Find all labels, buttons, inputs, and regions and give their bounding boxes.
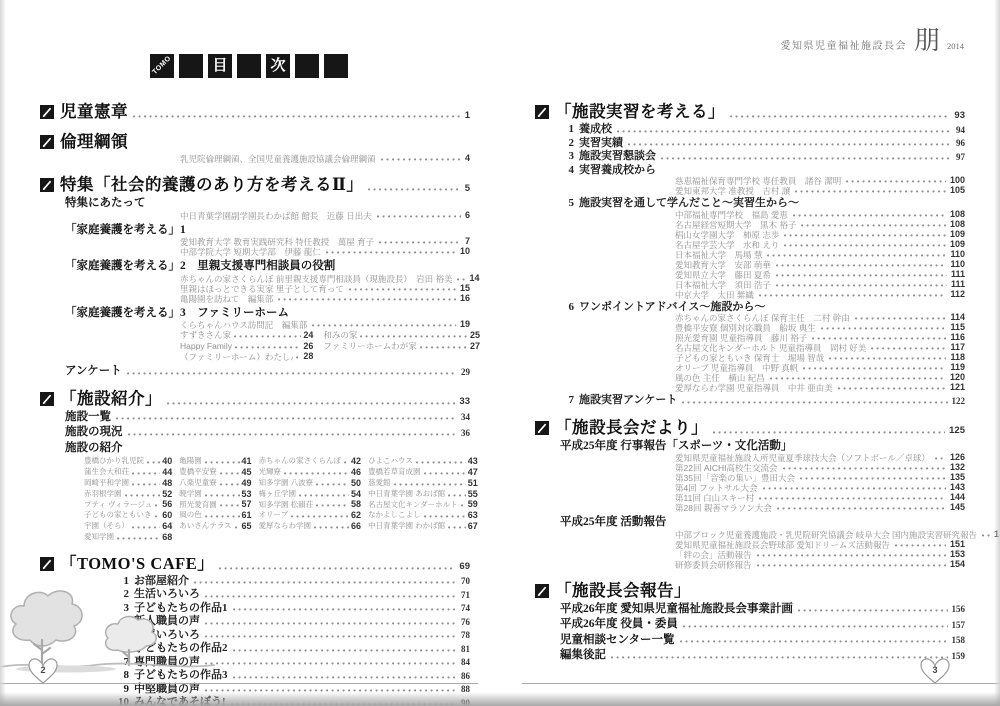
facility-entry: プティ ヴィラージュ 56 [84,500,172,511]
section-title: 倫理綱領 [60,132,128,151]
toc-entry: 愛知県児童福祉施設長会野球部 愛知ドリームズ活動報告 151 [675,540,965,550]
toc-list: 1 お部屋紹介 70 2 生活いろいろ 71 3 子どもたちの作品1 74 [40,576,470,706]
toc-list: 乳児院倫理綱領、全国児童養護施設協議会倫理綱領 4 [40,154,470,164]
toc-entry: 10 みんなであそぼう! 90 [116,697,470,706]
facility-entry: オリーブ 62 [259,510,362,521]
toc-entry: 4 新人職員の声 76 [116,616,470,628]
toc-entry: 日本福祉大学 馬場 慧 110 [675,250,965,260]
toc-entry: 風の色 主任 横山 紀昌 120 [675,373,965,383]
toc-entry: 名古屋学芸大学 水和 えり 109 [675,240,965,250]
tomo-ribbon-label: TOMO [151,55,173,77]
toc-entry: 照光愛育園 児童指導員 藤川 裕子 116 [675,333,965,343]
toc-entry: 赤ちゃんの家さくらんぼ 保育主任 二村 幹由 114 [675,313,965,323]
toc-entry: 里親はほっとできる実家 里子として育って 15 [180,284,470,294]
facility-list: 豊橋ひかり乳児院 40 亀陽園 41 赤ちゃんの家さくらんぼ 42 [84,456,470,542]
section-title: 「TOMO'S CAFE」 [60,554,214,573]
toc-entry: 第11回 白山スキー村 144 [675,493,965,503]
facility-entry: 赤羽根学園 52 [84,489,172,500]
toc-entry: 3 子どもたちの作品1 74 [116,603,470,615]
toc-entry: 豊橋平安寮 個別対応職員 船坂 典生 115 [675,323,965,333]
title-square-me: 目 [208,54,232,78]
facility-entry: 子どもの家ともいき 60 [84,510,172,521]
facility-entry: 梅ヶ丘学園 54 [259,489,362,500]
toc-entry: 6 子どもたちの作品2 81 [116,643,470,655]
title-square-solid [324,54,348,78]
facility-entry: 名古屋文化キンダーホルト 59 [368,500,478,511]
section-title: 「施設長会報告」 [555,581,691,600]
facility-entry: 慈愛館 51 [368,478,478,489]
pen-square-icon [40,135,54,149]
section-heading: 特集「社会的養護のあり方を考えるⅡ」 5 [40,175,470,194]
facility-entry: 岡崎平和学園 48 [84,478,172,489]
section-shisetsu-shokai: 「施設紹介」 33 施設一覧 34 施設の現況 36 [40,389,470,543]
section-title: 児童憲章 [60,102,128,121]
section-page: 1 [465,111,470,121]
toc-entry: 施設の紹介 [65,442,470,455]
section-jido-kensho: 児童憲章 1 [40,102,470,121]
toc-entry: 平成26年度 役員・委員 157 [560,618,965,631]
toc-entry: 「家庭養護を考える」3 ファミリーホーム [65,307,470,320]
toc-entry: 施設の現況 36 [65,426,470,439]
facility-entry: 愛知学園 68 [84,532,172,543]
title-square-solid [237,54,261,78]
pen-square-icon [535,105,549,119]
toc-entry: 児童相談センター一覧 158 [560,634,965,647]
facility-entry: 中日青葉学園 わかば館 67 [368,521,478,532]
family-home-entry: Happy Family 26 [180,341,313,352]
toc-entry: 名古屋経営短期大学 黒木 裕子 108 [675,220,965,230]
pen-square-icon [40,392,54,406]
toc-entry: 子どもの家ともいき 保育士 堀場 智哉 118 [675,353,965,363]
title-square-solid [295,54,319,78]
toc-list: 施設一覧 34 施設の現況 36 施設の紹介 [40,411,470,455]
toc-entry: オリーブ 児童指導員 中野 真帆 119 [675,363,965,373]
toc-entry: 7 専門職員の声 84 [116,657,470,669]
toc-entry: アンケート 29 [65,365,470,378]
section-page: 93 [954,111,965,121]
section-heading: 「施設実習を考える」 93 [535,102,965,121]
page-number-left: 2 [26,655,60,686]
facility-entry: あいさんテラス 65 [179,521,251,532]
toc-entry: 2 実習実績 96 [561,138,965,150]
toc-entry: 愛知県立大学 藤田 夏希 111 [675,270,965,280]
toc-entry: 5 食卓いろいろ 78 [116,630,470,642]
family-home-entry: ファミリーホームわが家 27 [323,341,480,352]
left-page: 児童憲章 1 倫理綱領 乳児院倫理綱領、全国児童養護施設協議会倫理綱領 4 特集… [40,100,470,706]
section-dayori: 「施設長会だより」 125 平成25年度 行事報告「スポーツ・文化活動」 愛知県… [535,418,965,570]
toc-entry: 6 ワンポイントアドバイス～施設から～ [561,302,965,314]
facility-entry: 豊橋ひかり乳児院 40 [84,456,172,467]
toc-entry: 4 実習養成校から [561,165,965,177]
toc-entry: 8 子どもたちの作品3 86 [116,670,470,682]
facility-entry: 豊橋平安寮 45 [179,467,251,478]
pen-square-icon [535,421,549,435]
toc-entry: 平成25年度 行事報告「スポーツ・文化活動」 [560,440,965,453]
family-home-entry: すずきさん家 24 [180,330,313,341]
title-square-ji: 次 [266,54,290,78]
facility-entry: 中日青葉学園 あおば館 55 [368,489,478,500]
toc-title-block: TOMO 目 次 [150,54,348,78]
toc-entry: 名古屋文化キンダーホルト 児童指導員 岡村 好美 117 [675,343,965,353]
footer-rule-left [0,683,478,684]
facility-entry: 光輝寮 46 [259,467,362,478]
toc-entry: 「絆の会」活動報告 153 [675,550,965,560]
facility-entry: 暁学園 53 [179,489,251,500]
section-rinri-koryo: 倫理綱領 乳児院倫理綱領、全国児童養護施設協議会倫理綱領 4 [40,132,470,164]
toc-entry: 1 お部屋紹介 70 [116,576,470,588]
toc-entry: 愛知教育大学 教育実践研究科 特任教授 萬屋 育子 7 [180,237,470,247]
facility-entry: 知多学園 松韻荘 58 [259,500,362,511]
toc-entry: 中部福祉専門学校 福島 愛恵 108 [675,210,965,220]
toc-entry: 中部学院大学 短期大学部 伊藤 龍仁 10 [180,247,470,257]
toc-entry: 3 施設実習懇談会 97 [561,151,965,163]
facility-entry: 愛厚ならわ学園 66 [259,521,362,532]
title-square-solid [179,54,203,78]
toc-entry: 愛知東邦大学 准教授 吉村 譲 105 [675,186,965,196]
toc-entry: 特集にあたって [65,197,470,210]
toc-entry: 7 施設実習アンケート 122 [561,395,965,407]
facility-entry: 豊橋若草育成園 47 [368,467,478,478]
facility-entry: ひよこハウス 43 [368,456,478,467]
section-title: 「施設長会だより」 [555,418,708,437]
section-page: 69 [459,562,470,572]
toc-entry: 第4回 フットサル大会 143 [675,483,965,493]
toc-entry: 慈恵福祉保育専門学校 専任教員 諸谷 潔明 100 [675,176,965,186]
toc-entry: 乳児院倫理綱領、全国児童養護施設協議会倫理綱領 4 [180,154,470,164]
family-home-entry: 和みの家 25 [323,330,480,341]
facility-entry: 蒲生会大和荘 44 [84,467,172,478]
facility-entry: なかよしこよし 63 [368,510,478,521]
pen-square-icon [40,557,54,571]
toc-entry: 椙山女学園大学 柿原 志歩 109 [675,230,965,240]
pen-square-icon [40,105,54,119]
toc-entry: 愛厚ならわ学園 児童指導員 中井 亜由美 121 [675,383,965,393]
toc-entry: 亀陽園を訪ねて 編集部 16 [180,294,470,304]
section-title: 特集「社会的養護のあり方を考えるⅡ」 [60,175,363,194]
section-title: 「施設紹介」 [60,389,162,408]
toc-entry: 愛知教育大学 安部 萌華 110 [675,260,965,270]
toc-entry: 「家庭養護を考える」2 里親支援専門相談員の役割 [65,260,470,273]
section-heading: 「施設紹介」 33 [40,389,470,408]
section-heading: 「施設長会だより」 125 [535,418,965,437]
toc-entry: 中日青葉学園副学園長わかば館 館長 近藤 日出夫 6 [180,211,470,221]
toc-entry: くらちゃんハウス訪問記 編集部 19 [180,320,470,330]
facility-entry: 赤ちゃんの家さくらんぼ 42 [259,456,362,467]
toc-entry: 1 養成校 94 [561,124,965,136]
toc-spread: { "colors": { "accent_square": "#161616"… [0,0,1000,706]
facility-entry: 八楽児童寮 49 [179,478,251,489]
section-hokoku: 「施設長会報告」 平成26年度 愛知県児童福祉施設長会事業計画 156 平成26… [535,581,965,662]
section-jisshu: 「施設実習を考える」 93 1 養成校 94 2 実習実績 96 [535,102,965,407]
section-heading: 児童憲章 1 [40,102,470,121]
organization-name: 愛知県児童福祉施設長会 [780,37,907,52]
toc-entry: 2 生活いろいろ 71 [116,589,470,601]
toc-entry: 日本福祉大学 須田 浩子 111 [675,280,965,290]
toc-entry: 中京大学 太田 紫織 112 [675,290,965,300]
section-page: 33 [459,397,470,407]
toc-entry: 平成26年度 愛知県児童福祉施設長会事業計画 156 [560,603,965,616]
section-tokushu: 特集「社会的養護のあり方を考えるⅡ」 5 特集にあたって 中日青葉学園副学園長わ… [40,175,470,378]
section-title: 「施設実習を考える」 [555,102,725,121]
facility-entry: 照光愛育園 57 [179,500,251,511]
toc-list: アンケート 29 [40,365,470,378]
section-page: 5 [465,184,470,194]
toc-entry: 5 施設実習を通して学んだこと～実習生から～ [561,198,965,210]
publication-title: 朋 [914,20,940,57]
toc-entry: 第28回 親善マラソン大会 145 [675,503,965,513]
publication-header: 愛知県児童福祉施設長会 朋 2014 [780,20,964,57]
scan-edge-right [994,0,1000,706]
pen-square-icon [40,178,54,192]
toc-entry: 「家庭養護を考える」1 [65,224,470,237]
page-number-right: 3 [918,655,952,686]
toc-entry: 第35回「音楽の集い」豊田大会 135 [675,473,965,483]
toc-entry: 平成25年度 活動報告 [560,516,965,529]
right-page: 「施設実習を考える」 93 1 養成校 94 2 実習実績 96 [535,100,965,663]
title-square-ribbon: TOMO [150,54,174,78]
toc-entry: 赤ちゃんの家さくらんぼ 前里親支援専門相談員（現施設長） 岩田 裕美 14 [180,274,470,284]
family-home-entry: （ファミリーホーム）わたしん家 28 [180,352,313,363]
toc-entry: 9 中堅職員の声 88 [116,684,470,696]
section-heading: 「TOMO'S CAFE」 69 [40,554,470,573]
facility-entry: 知多学園 八波寮 50 [259,478,362,489]
section-page: 125 [949,426,965,436]
pen-square-icon [535,584,549,598]
toc-entry: 愛知県児童福祉施設入所児童夏季球技大会（ソフトボール／卓球） 126 [675,453,965,463]
toc-list: 平成25年度 行事報告「スポーツ・文化活動」 愛知県児童福祉施設入所児童夏季球技… [535,440,965,570]
toc-entry: 第22回 AICHI高校生交流会 132 [675,463,965,473]
scan-edge-left [0,0,6,706]
toc-entry: 施設一覧 34 [65,411,470,424]
facility-entry: 宇園（そら） 64 [84,521,172,532]
family-home-list: すずきさん家 24 和みの家 25 Happy Family 26 [180,330,470,362]
toc-list: 特集にあたって 中日青葉学園副学園長わかば館 館長 近藤 日出夫 6 「家庭養護… [40,197,470,330]
facility-entry: 亀陽園 41 [179,456,251,467]
section-heading: 「施設長会報告」 [535,581,965,600]
section-heading: 倫理綱領 [40,132,470,151]
toc-entry: 研修委員会研修報告 154 [675,560,965,570]
toc-entry: 編集後記 159 [560,649,965,662]
publication-year: 2014 [947,41,964,51]
facility-entry: 風の色 61 [179,510,251,521]
toc-list: 1 養成校 94 2 実習実績 96 3 施設実習懇談会 97 [535,124,965,407]
toc-list: 平成26年度 愛知県児童福祉施設長会事業計画 156 平成26年度 役員・委員 … [535,603,965,662]
toc-entry: 中部ブロック児童養護施設・乳児院研究協議会 岐阜大会 国内施設実習研究報告 14… [675,530,965,540]
